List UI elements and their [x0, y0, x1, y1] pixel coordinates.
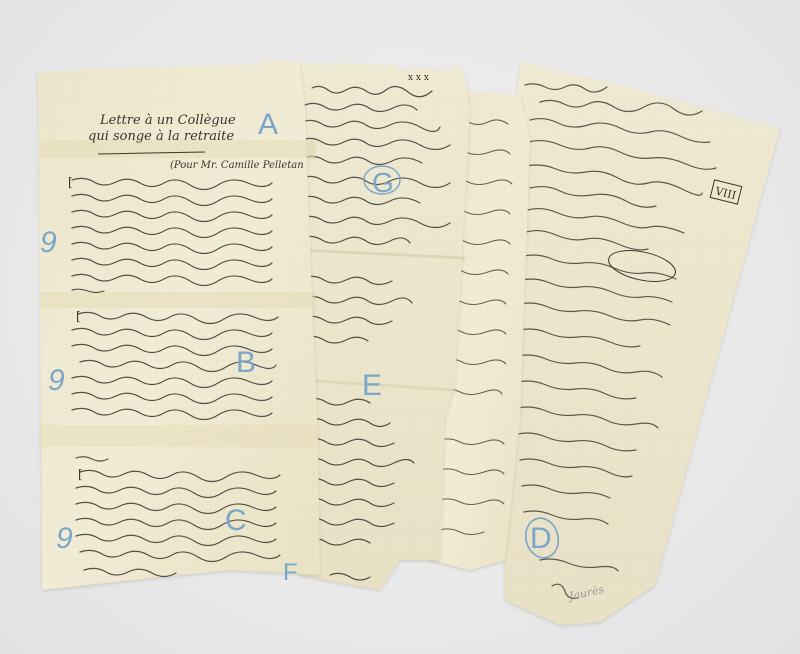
photo-canvas: VIII Jaurès — [0, 0, 800, 654]
heading-line-1: Lettre à un Collègue — [99, 113, 236, 128]
svg-text:[: [ — [76, 309, 81, 323]
svg-text:[: [ — [68, 175, 73, 189]
marker-d: D — [530, 522, 552, 555]
svg-text:[: [ — [78, 467, 83, 481]
subheading: (Pour Mr. Camille Pelletan — [170, 160, 304, 171]
heading-line-2: qui songe à la retraite — [88, 129, 234, 144]
top-cross-marks: x x x — [408, 73, 429, 83]
marker-nine-3: 9 — [56, 522, 73, 555]
marker-nine-1: 9 — [40, 226, 57, 259]
marker-nine-2: 9 — [48, 364, 65, 397]
manuscript-photo: Photograph of several overlapping handwr… — [0, 0, 800, 654]
marker-a: A — [258, 108, 278, 141]
marker-c: C — [225, 504, 247, 537]
marker-f: F — [283, 559, 298, 586]
marker-b: B — [236, 346, 256, 379]
marker-e: E — [362, 369, 382, 402]
